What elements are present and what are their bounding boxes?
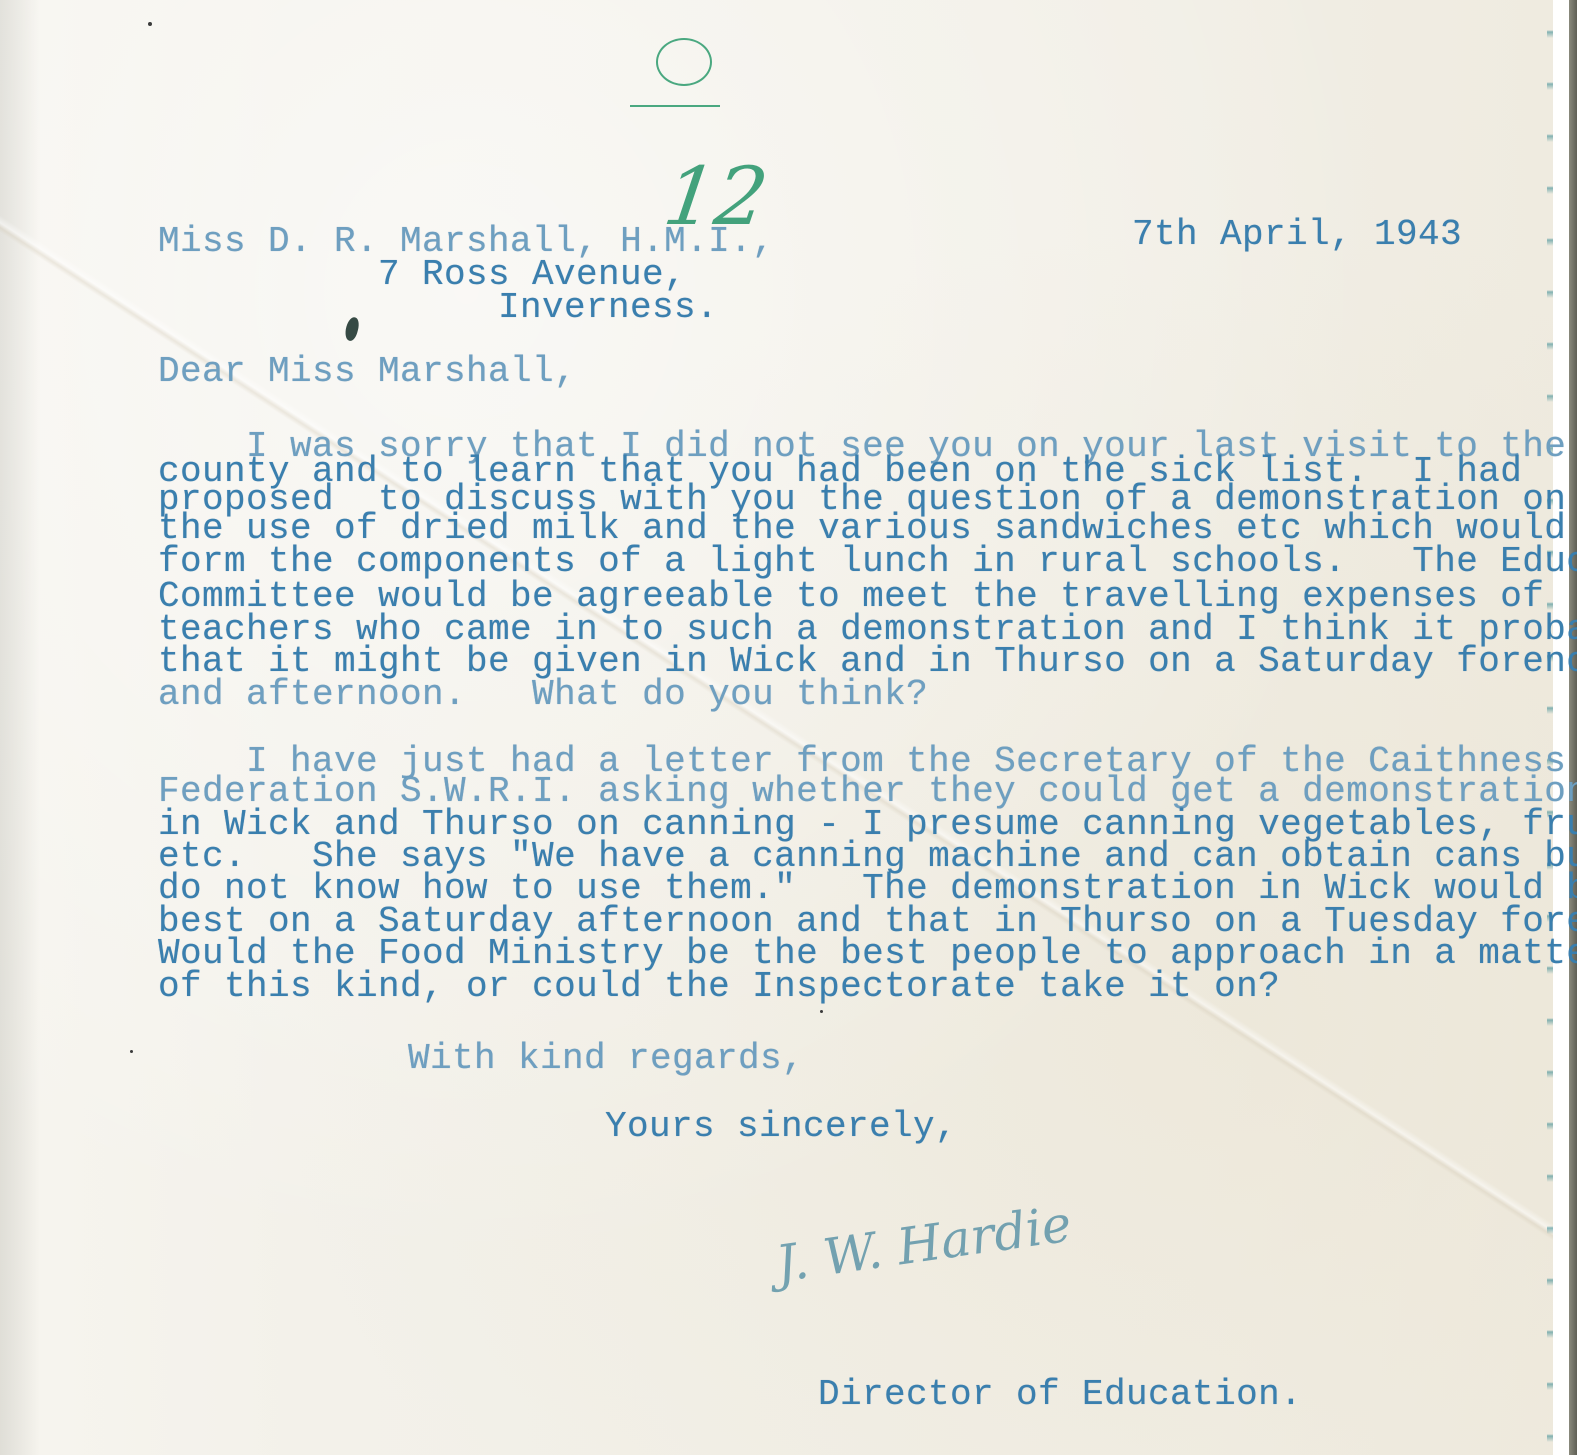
body-line: and afternoon. What do you think? bbox=[158, 678, 928, 711]
speck bbox=[148, 22, 152, 26]
paper-shadow bbox=[0, 0, 40, 1455]
valediction: Yours sincerely, bbox=[605, 1110, 957, 1143]
page-edge-margin bbox=[1553, 0, 1569, 1455]
recipient-city: Inverness. bbox=[498, 291, 718, 324]
body-line: of this kind, or could the Inspectorate … bbox=[158, 970, 1280, 1003]
handwritten-underline bbox=[630, 105, 720, 107]
speck bbox=[130, 1050, 133, 1053]
speck bbox=[820, 1010, 823, 1013]
salutation: Dear Miss Marshall, bbox=[158, 355, 576, 388]
body-line: form the components of a light lunch in … bbox=[158, 545, 1577, 578]
signatory-title: Director of Education. bbox=[818, 1378, 1302, 1411]
letter-date: 7th April, 1943 bbox=[1132, 218, 1462, 251]
scan-border bbox=[1569, 0, 1577, 1455]
handwritten-circle-mark bbox=[656, 38, 712, 86]
closing-regards: With kind regards, bbox=[408, 1042, 804, 1075]
